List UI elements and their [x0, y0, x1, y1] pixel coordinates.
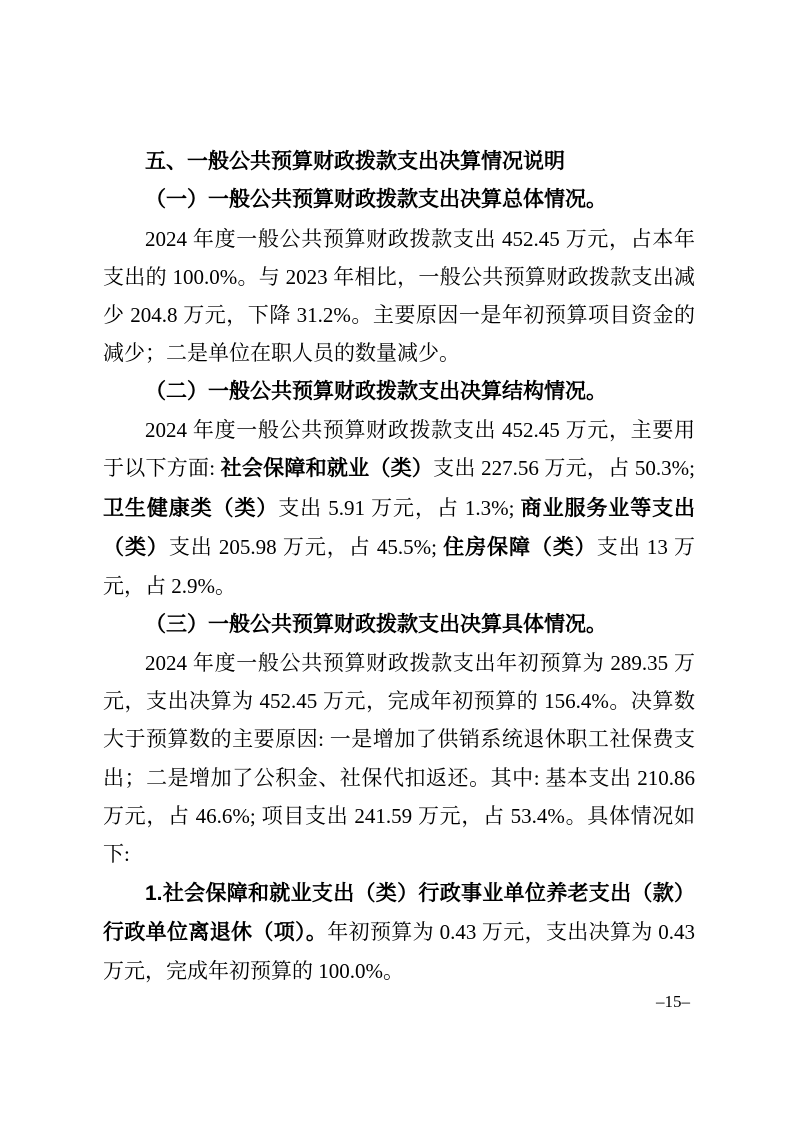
paragraph-structure: 2024 年度一般公共预算财政拨款支出 452.45 万元，主要用于以下方面: …: [103, 411, 695, 605]
bold-text-run: （三）一般公共预算财政拨款支出决算具体情况。: [145, 613, 607, 636]
bold-text-run: （一）一般公共预算财政拨款支出决算总体情况。: [145, 188, 607, 211]
paragraph-item-1: 1.社会保障和就业支出（类）行政事业单位养老支出（款）行政单位离退休（项）。年初…: [103, 874, 695, 991]
text-run: 支出 5.91 万元，占 1.3%;: [278, 496, 520, 520]
text-run: 支出 205.98 万元，占 45.5%;: [169, 535, 443, 559]
text-run: 2024 年度一般公共预算财政拨款支出 452.45 万元，占本年支出的 100…: [103, 227, 695, 366]
document-page: 五、一般公共预算财政拨款支出决算情况说明（一）一般公共预算财政拨款支出决算总体情…: [0, 0, 794, 1122]
paragraph-overall-situation: 2024 年度一般公共预算财政拨款支出 452.45 万元，占本年支出的 100…: [103, 220, 695, 373]
bold-text-run: （二）一般公共预算财政拨款支出决算结构情况。: [145, 380, 607, 403]
bold-text-run: 住房保障（类）: [443, 536, 597, 559]
page-number: –15–: [633, 991, 713, 1013]
paragraph-detail-situation: 2024 年度一般公共预算财政拨款支出年初预算为 289.35 万元，支出决算为…: [103, 644, 695, 874]
subsection-3-heading: （三）一般公共预算财政拨款支出决算具体情况。: [103, 606, 695, 644]
bold-text-run: 卫生健康类（类）: [103, 497, 278, 520]
text-run: 支出 227.56 万元，占 50.3%;: [433, 456, 695, 480]
document-body: 五、一般公共预算财政拨款支出决算情况说明（一）一般公共预算财政拨款支出决算总体情…: [103, 143, 695, 991]
bold-text-run: 五、一般公共预算财政拨款支出决算情况说明: [145, 150, 565, 173]
bold-text-run: 社会保障和就业（类）: [221, 457, 434, 480]
subsection-2-heading: （二）一般公共预算财政拨款支出决算结构情况。: [103, 373, 695, 411]
text-run: 2024 年度一般公共预算财政拨款支出年初预算为 289.35 万元，支出决算为…: [103, 651, 695, 866]
section-5-title: 五、一般公共预算财政拨款支出决算情况说明: [103, 143, 695, 181]
subsection-1-heading: （一）一般公共预算财政拨款支出决算总体情况。: [103, 181, 695, 219]
